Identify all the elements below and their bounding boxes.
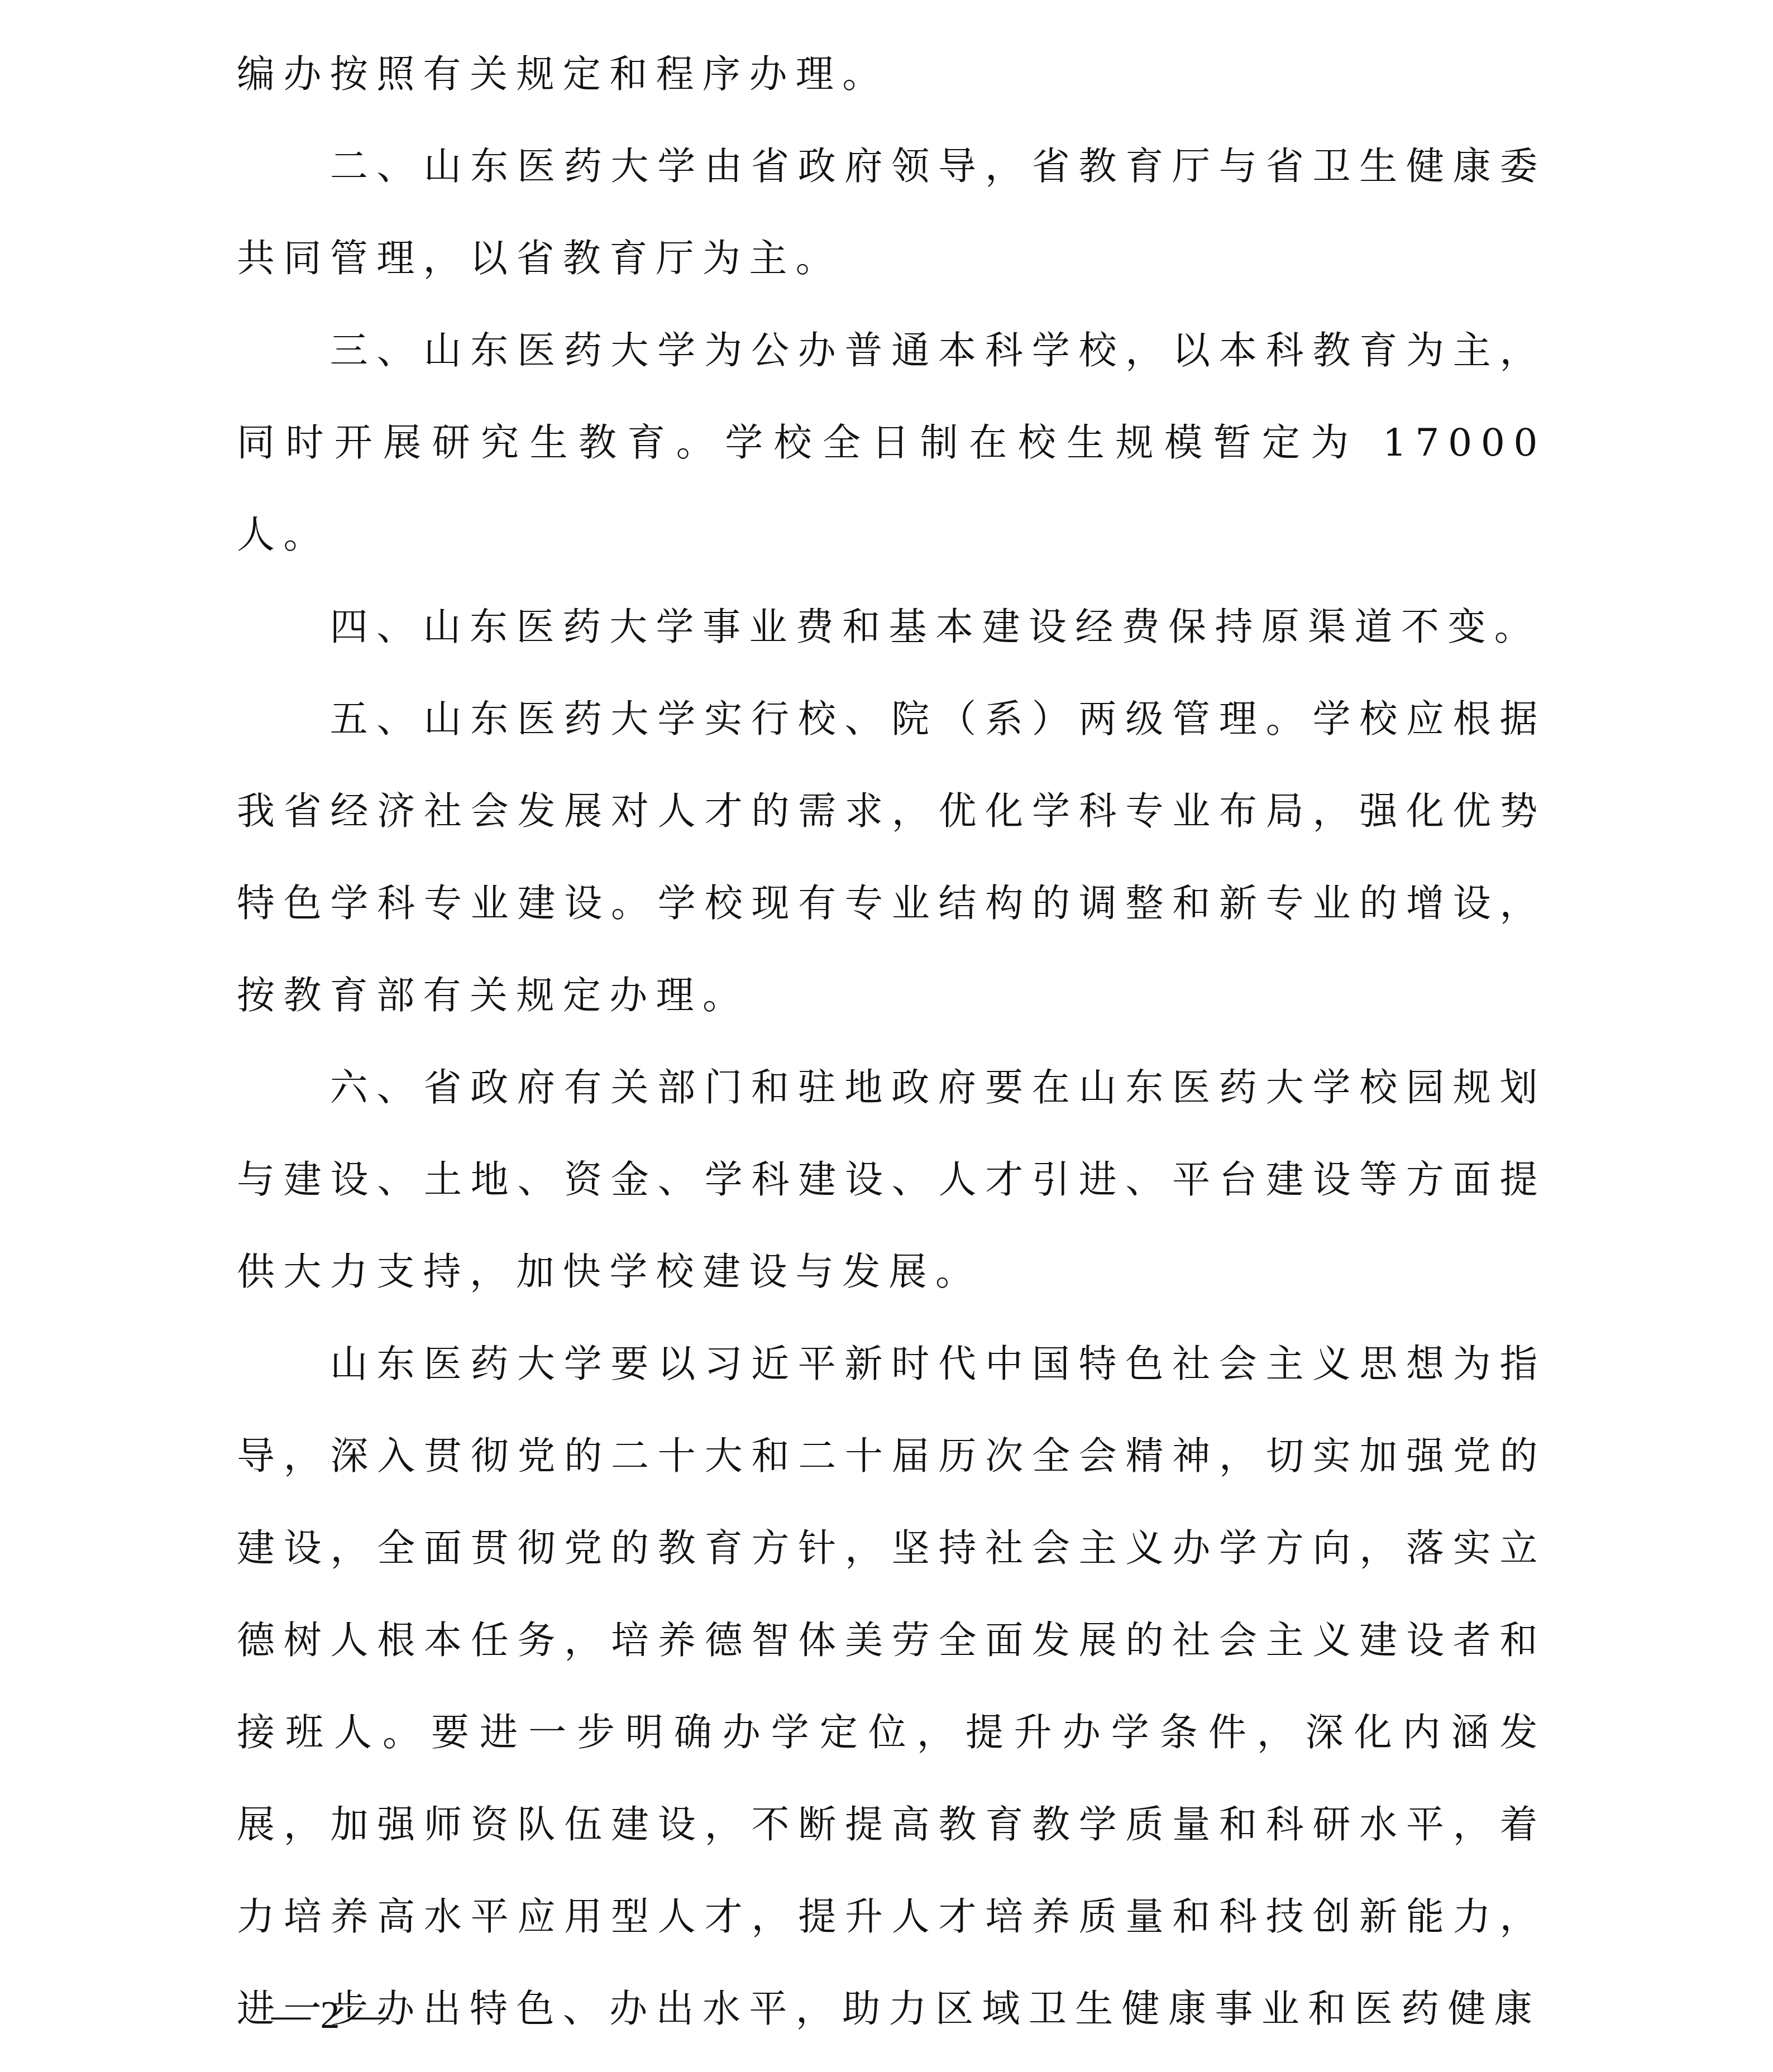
paragraph-item-5: 五、山东医药大学实行校、院（系）两级管理。学校应根据我省经济社会发展对人才的需求…: [237, 673, 1546, 1042]
paragraph-requirements: 山东医药大学要以习近平新时代中国特色社会主义思想为指导，深入贯彻党的二十大和二十…: [237, 1318, 1546, 2055]
paragraph-item-3: 三、山东医药大学为公办普通本科学校，以本科教育为主，同时开展研究生教育。学校全日…: [237, 305, 1546, 581]
paragraph-item-6: 六、省政府有关部门和驻地政府要在山东医药大学校园规划与建设、土地、资金、学科建设…: [237, 1042, 1546, 1318]
paragraph-item-2: 二、山东医药大学由省政府领导，省教育厅与省卫生健康委共同管理，以省教育厅为主。: [237, 121, 1546, 305]
paragraph-continuation: 编办按照有关规定和程序办理。: [237, 28, 1546, 121]
page-number: — 2 —: [271, 1988, 389, 2044]
paragraph-item-4: 四、山东医药大学事业费和基本建设经费保持原渠道不变。: [237, 581, 1546, 673]
document-page: 编办按照有关规定和程序办理。 二、山东医药大学由省政府领导，省教育厅与省卫生健康…: [0, 0, 1773, 2072]
document-body: 编办按照有关规定和程序办理。 二、山东医药大学由省政府领导，省教育厅与省卫生健康…: [237, 28, 1546, 2055]
